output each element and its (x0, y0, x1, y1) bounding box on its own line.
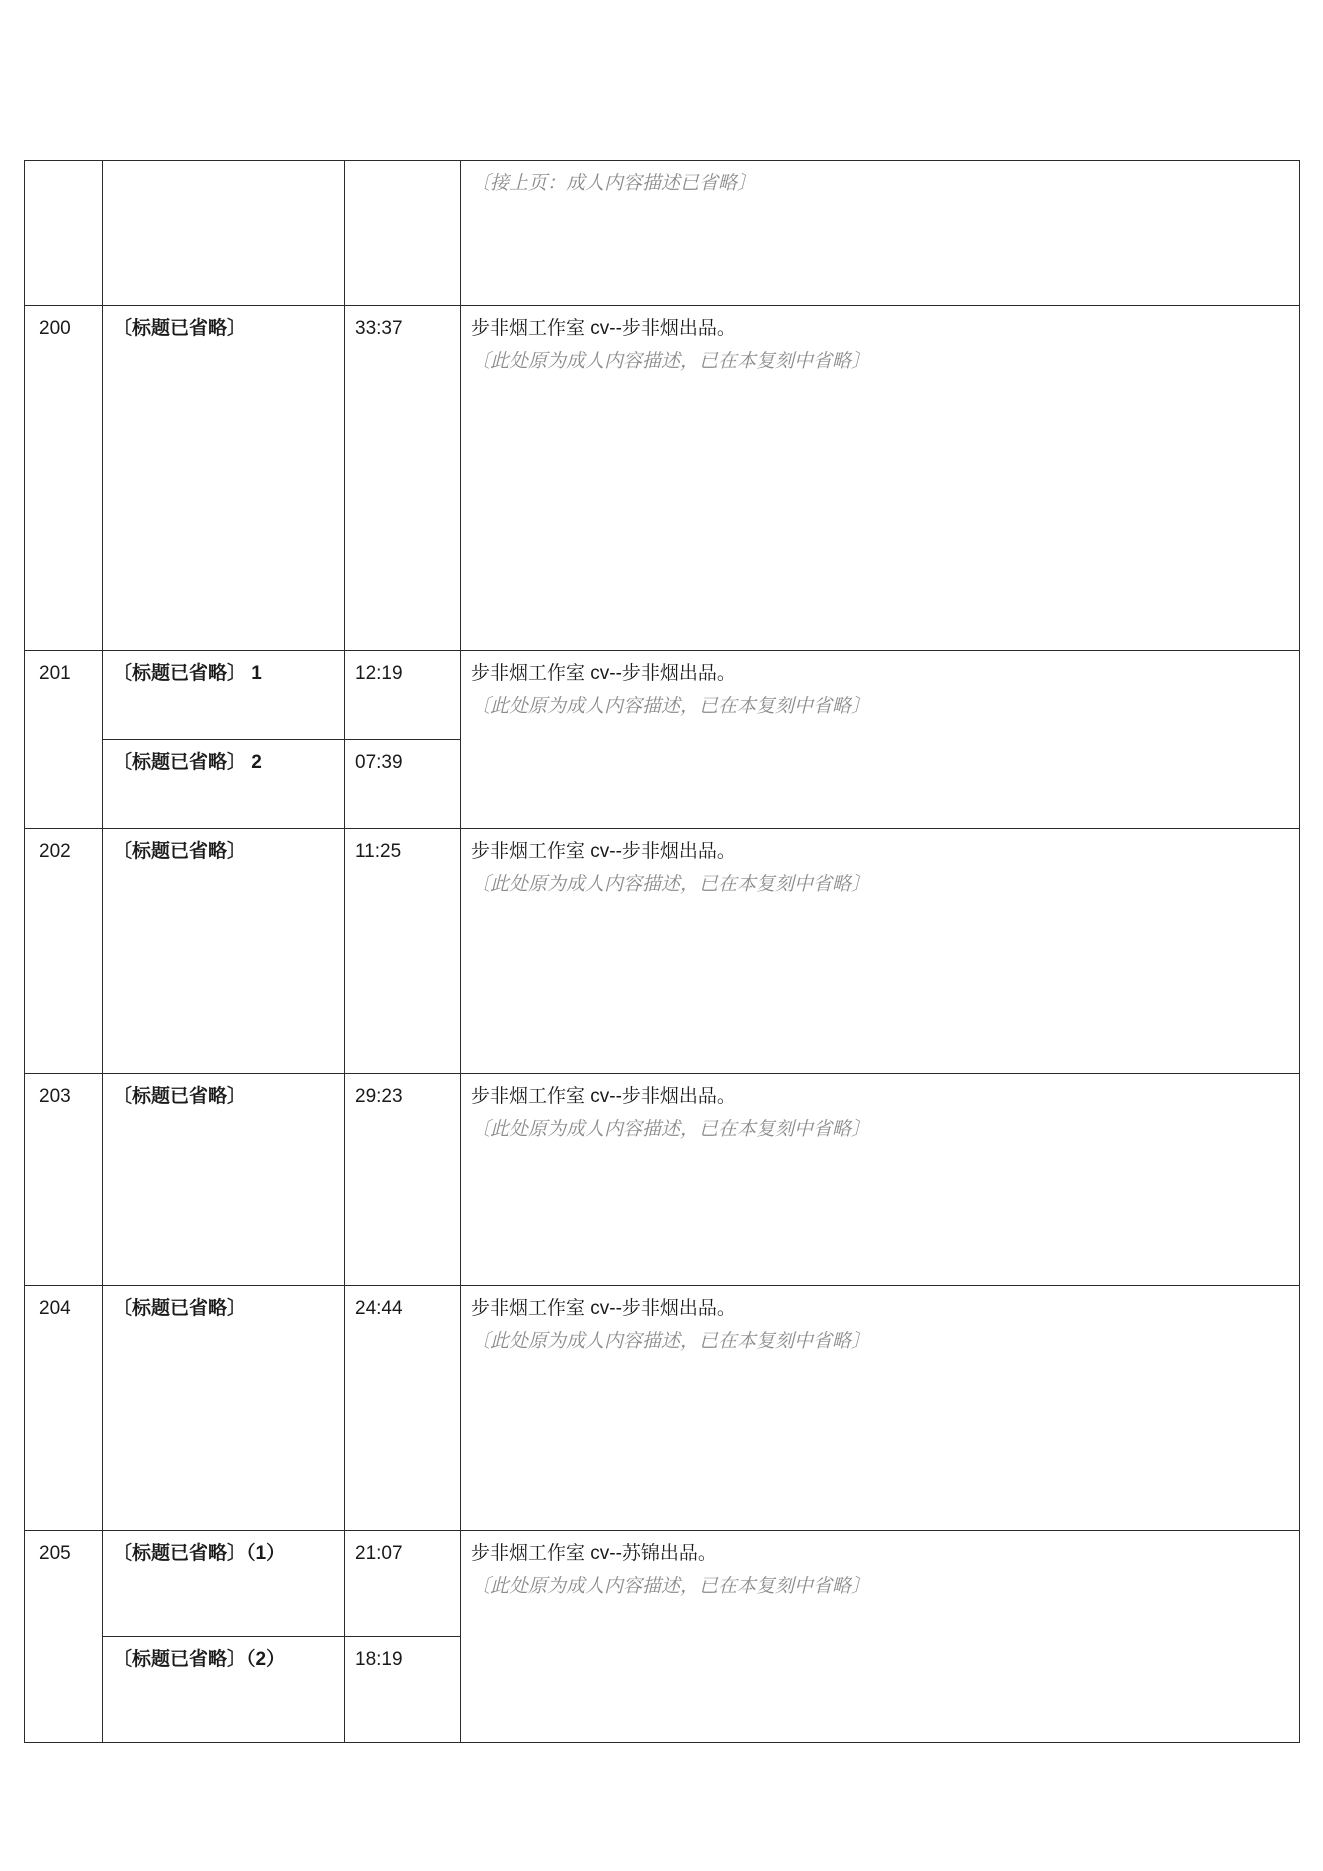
episode-duration: 11:25 (345, 829, 461, 1074)
episode-description: 〔接上页：成人内容描述已省略〕 (461, 161, 1300, 306)
studio-attribution: 步非烟工作室 cv--步非烟出品。 (471, 1080, 1289, 1113)
episode-title: 〔标题已省略〕（1） (103, 1531, 345, 1637)
row-number: 203 (25, 1074, 103, 1286)
redacted-description-placeholder: 〔此处原为成人内容描述，已在本复刻中省略〕 (471, 1113, 1289, 1146)
episode-description: 步非烟工作室 cv--步非烟出品。〔此处原为成人内容描述，已在本复刻中省略〕 (461, 306, 1300, 651)
table-row: 204〔标题已省略〕24:44步非烟工作室 cv--步非烟出品。〔此处原为成人内… (25, 1286, 1300, 1531)
episode-description: 步非烟工作室 cv--步非烟出品。〔此处原为成人内容描述，已在本复刻中省略〕 (461, 829, 1300, 1074)
studio-attribution: 步非烟工作室 cv--步非烟出品。 (471, 657, 1289, 690)
studio-attribution: 步非烟工作室 cv--步非烟出品。 (471, 312, 1289, 345)
episode-title: 〔标题已省略〕 1 (103, 651, 345, 740)
episode-title: 〔标题已省略〕 (103, 306, 345, 651)
table-row: 200〔标题已省略〕33:37步非烟工作室 cv--步非烟出品。〔此处原为成人内… (25, 306, 1300, 651)
table-row: 203〔标题已省略〕29:23步非烟工作室 cv--步非烟出品。〔此处原为成人内… (25, 1074, 1300, 1286)
studio-attribution: 步非烟工作室 cv--步非烟出品。 (471, 835, 1289, 868)
redacted-description-placeholder: 〔此处原为成人内容描述，已在本复刻中省略〕 (471, 1570, 1289, 1603)
table-row: 205〔标题已省略〕（1）21:07〔标题已省略〕（2）18:19步非烟工作室 … (25, 1531, 1300, 1743)
episode-pair-group: 〔标题已省略〕（1）21:07〔标题已省略〕（2）18:19 (103, 1531, 461, 1743)
row-number: 205 (25, 1531, 103, 1743)
episode-title: 〔标题已省略〕 (103, 1286, 345, 1531)
studio-attribution: 步非烟工作室 cv--步非烟出品。 (471, 1292, 1289, 1325)
episode-description: 步非烟工作室 cv--苏锦出品。〔此处原为成人内容描述，已在本复刻中省略〕 (461, 1531, 1300, 1743)
episode-duration: 18:19 (345, 1637, 461, 1743)
episode-duration: 07:39 (345, 740, 461, 829)
table-row: 202〔标题已省略〕11:25步非烟工作室 cv--步非烟出品。〔此处原为成人内… (25, 829, 1300, 1074)
redacted-description-placeholder: 〔此处原为成人内容描述，已在本复刻中省略〕 (471, 345, 1289, 378)
episode-title: 〔标题已省略〕 2 (103, 740, 345, 829)
row-number: 202 (25, 829, 103, 1074)
redacted-description-placeholder: 〔此处原为成人内容描述，已在本复刻中省略〕 (471, 1325, 1289, 1358)
episode-description: 步非烟工作室 cv--步非烟出品。〔此处原为成人内容描述，已在本复刻中省略〕 (461, 651, 1300, 829)
episode-duration: 21:07 (345, 1531, 461, 1637)
episode-title: 〔标题已省略〕（2） (103, 1637, 345, 1743)
redacted-description-placeholder: 〔此处原为成人内容描述，已在本复刻中省略〕 (471, 690, 1289, 723)
episode-duration (345, 161, 461, 306)
episode-title: 〔标题已省略〕 (103, 829, 345, 1074)
row-number: 201 (25, 651, 103, 829)
redacted-description-placeholder: 〔此处原为成人内容描述，已在本复刻中省略〕 (471, 868, 1289, 901)
episode-duration: 33:37 (345, 306, 461, 651)
episode-pair-group: 〔标题已省略〕 112:19〔标题已省略〕 207:39 (103, 651, 461, 829)
studio-attribution: 步非烟工作室 cv--苏锦出品。 (471, 1537, 1289, 1570)
episode-duration: 29:23 (345, 1074, 461, 1286)
row-number: 200 (25, 306, 103, 651)
row-number: 204 (25, 1286, 103, 1531)
redacted-description-placeholder: 〔接上页：成人内容描述已省略〕 (471, 167, 1289, 200)
episode-description: 步非烟工作室 cv--步非烟出品。〔此处原为成人内容描述，已在本复刻中省略〕 (461, 1286, 1300, 1531)
episode-title: 〔标题已省略〕 (103, 1074, 345, 1286)
episode-description: 步非烟工作室 cv--步非烟出品。〔此处原为成人内容描述，已在本复刻中省略〕 (461, 1074, 1300, 1286)
episode-title (103, 161, 345, 306)
table-row: 〔接上页：成人内容描述已省略〕 (25, 161, 1300, 306)
episode-duration: 12:19 (345, 651, 461, 740)
table-row: 201〔标题已省略〕 112:19〔标题已省略〕 207:39步非烟工作室 cv… (25, 651, 1300, 829)
row-number (25, 161, 103, 306)
episode-duration: 24:44 (345, 1286, 461, 1531)
audio-catalog-table: 〔接上页：成人内容描述已省略〕200〔标题已省略〕33:37步非烟工作室 cv-… (24, 160, 1300, 1743)
